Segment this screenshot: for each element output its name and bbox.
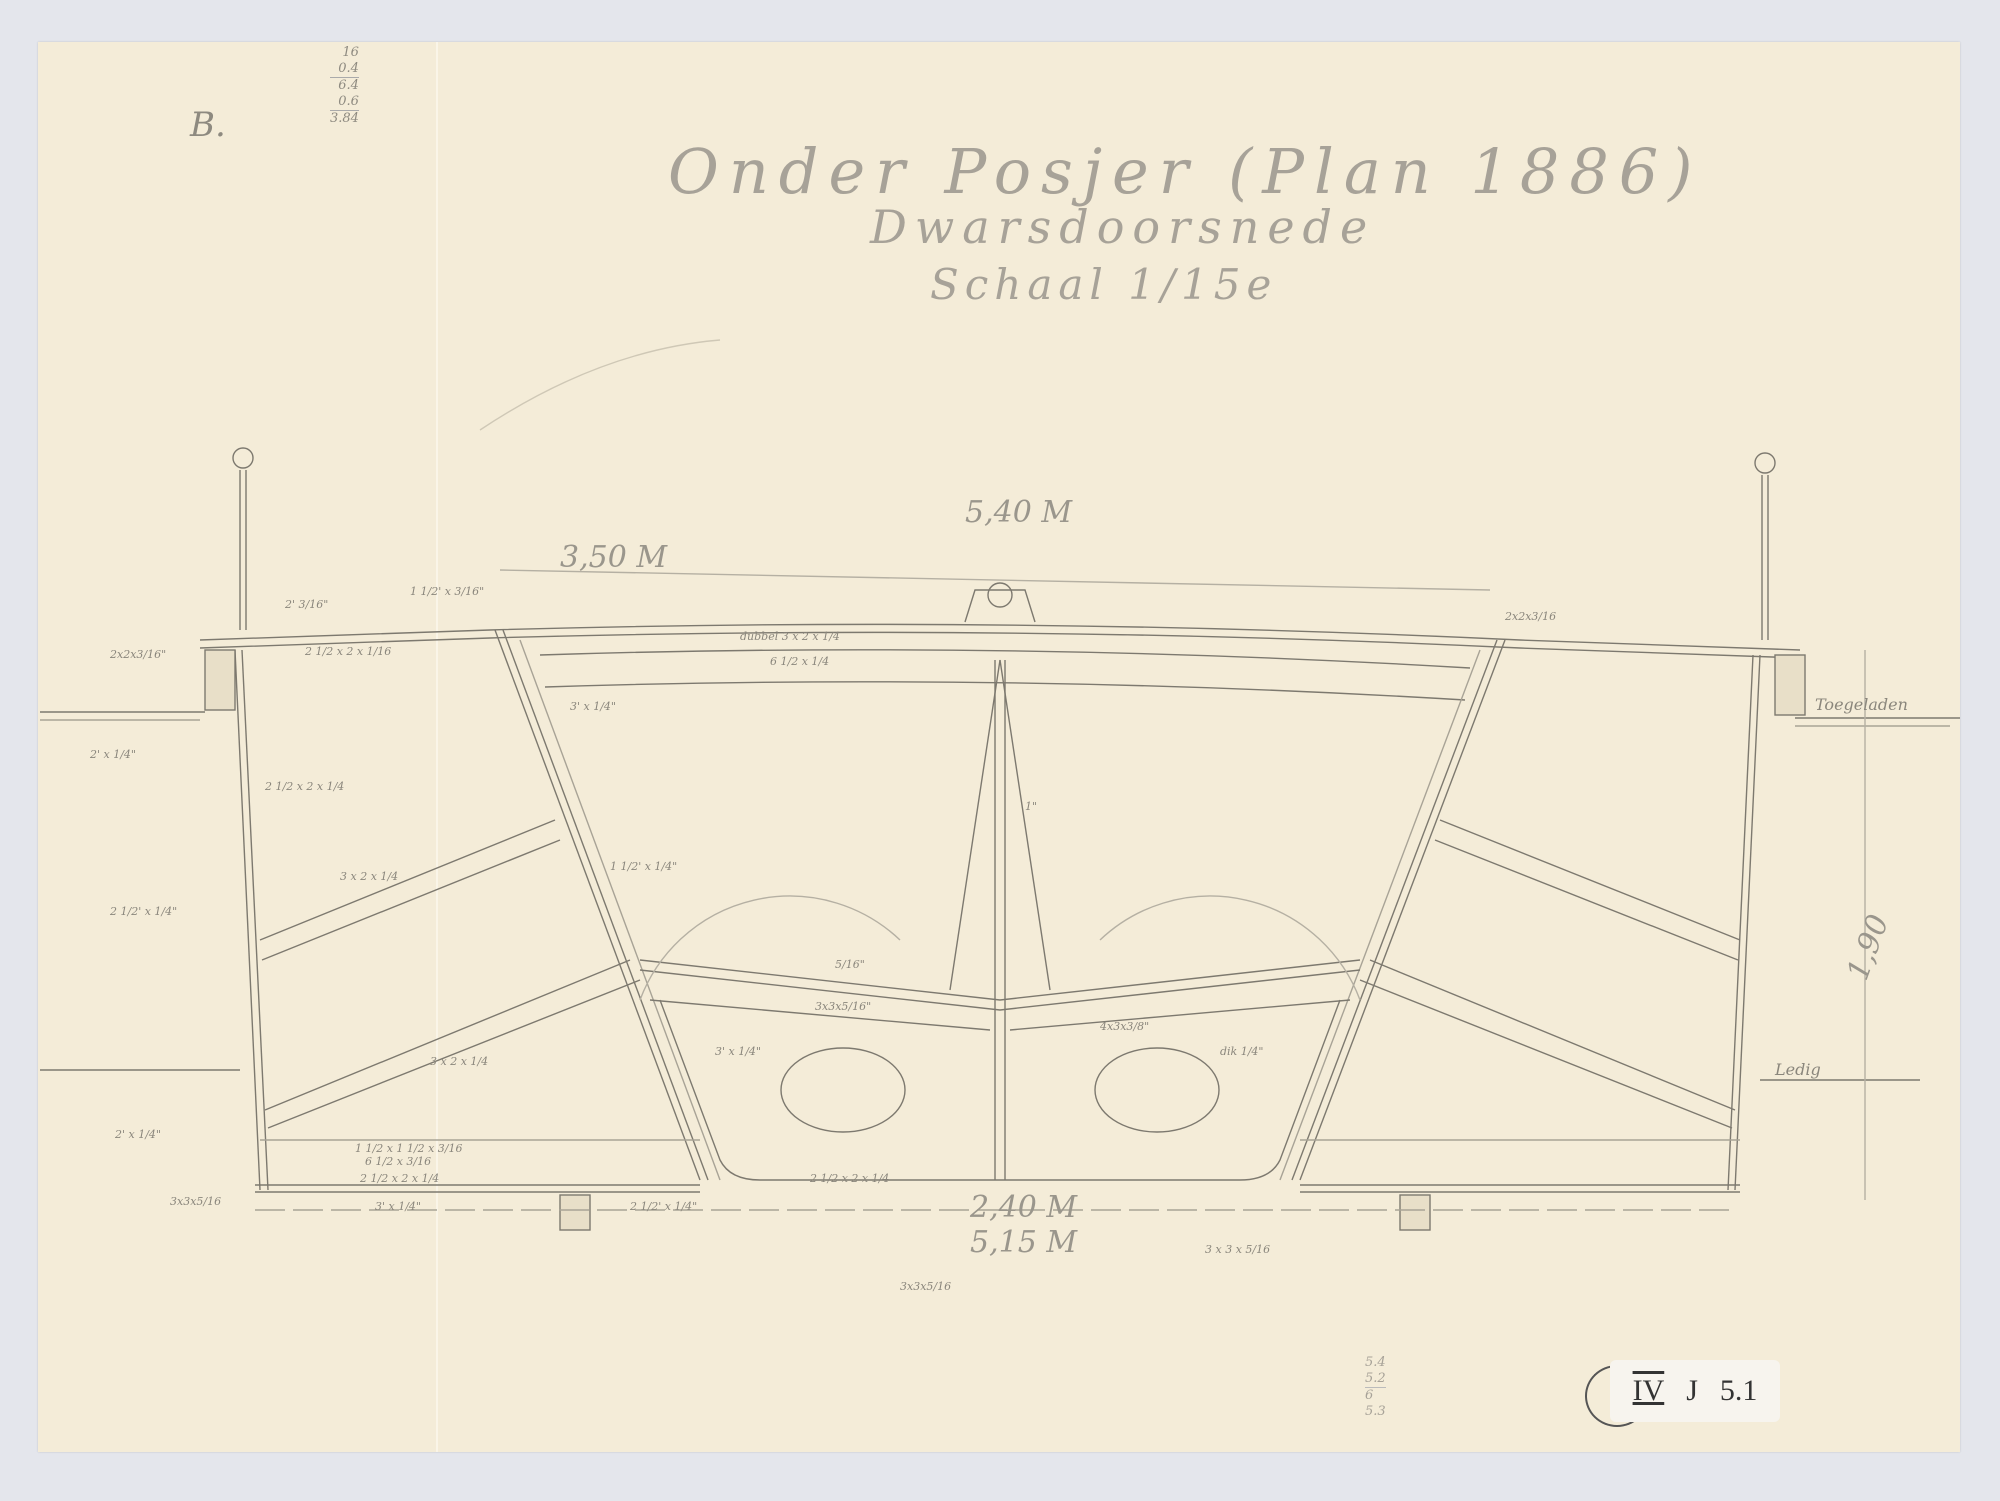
label: 6 1/2 x 3/16 [365, 1155, 431, 1168]
label: 3' x 1/4" [570, 700, 616, 713]
label: 3' x 1/4" [375, 1200, 421, 1213]
archive-tag: IV J 5.1 [1610, 1360, 1780, 1422]
label: 2' x 1/4" [90, 748, 136, 761]
label: 1 1/2' x 3/16" [410, 585, 484, 598]
label: 2 1/2 x 2 x 1/16 [305, 645, 391, 658]
label: 2' x 1/4" [115, 1128, 161, 1141]
label: 6 1/2 x 1/4 [770, 655, 829, 668]
label: dubbel 3 x 2 x 1/4 [740, 630, 840, 643]
label: 1 1/2 x 1 1/2 x 3/16 [355, 1142, 463, 1155]
dimension-top-width: 5,40 M [965, 495, 1072, 530]
archive-tag-part: J [1686, 1374, 1698, 1408]
label: 3' x 1/4" [715, 1045, 761, 1058]
dimension-half-width: 3,50 M [560, 540, 667, 575]
label: 2 1/2' x 1/4" [630, 1200, 697, 1213]
archive-tag-part: 5.1 [1720, 1374, 1758, 1408]
label: 3 x 3 x 5/16 [1205, 1243, 1270, 1256]
label: dik 1/4" [1220, 1045, 1263, 1058]
label: 4x3x3/8" [1100, 1020, 1149, 1033]
margin-calculation-bottom: 5.4 5.2 6 5.3 [1365, 1355, 1386, 1420]
label: 5/16" [835, 958, 865, 971]
label: 3 x 2 x 1/4 [340, 870, 398, 883]
label: 1 1/2' x 1/4" [610, 860, 677, 873]
label: 2 1/2 x 2 x 1/4 [265, 780, 344, 793]
label: 3x3x5/16 [170, 1195, 221, 1208]
label: 2x2x3/16 [1505, 610, 1556, 623]
label: 2' 3/16" [285, 598, 328, 611]
water-level-loaded: Toegeladen [1815, 695, 1908, 714]
label: 3x3x5/16 [900, 1280, 951, 1293]
label-angle: 2x2x3/16" [110, 648, 166, 661]
water-level-empty: Ledig [1775, 1060, 1821, 1079]
cross-section-drawing [0, 0, 2000, 1501]
label: 1" [1025, 800, 1037, 813]
label: 2 1/2 x 2 x 1/4 [810, 1172, 889, 1185]
archive-tag-part: IV [1633, 1374, 1665, 1408]
label: 3x3x5/16" [815, 1000, 871, 1013]
dimension-bottom-inner: 2,40 M [970, 1190, 1077, 1225]
label: 2 1/2 x 2 x 1/4 [360, 1172, 439, 1185]
dimension-bottom-width: 5,15 M [970, 1225, 1077, 1260]
label: 3 x 2 x 1/4 [430, 1055, 488, 1068]
label: 2 1/2' x 1/4" [110, 905, 177, 918]
